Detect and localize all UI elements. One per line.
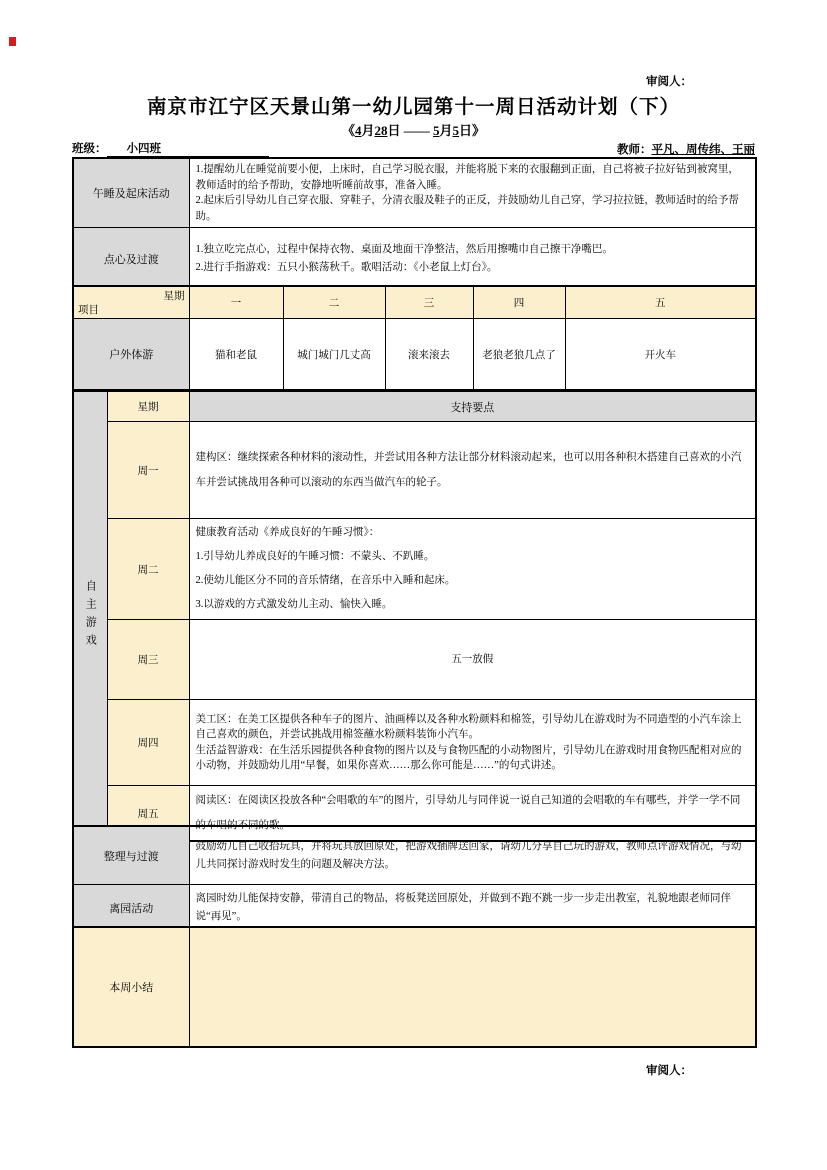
nap-row-content: 1.提醒幼儿在睡觉前要小便，上床时，自己学习脱衣服，并能将脱下来的衣服翻到正面，… bbox=[189, 158, 756, 228]
teacher-value: 平凡、周传纬、王丽 bbox=[652, 144, 756, 156]
tidy-row-content: 鼓励幼儿自己收拾玩具，并将玩具放回原处，把游戏插牌送回家，请幼儿分享自己玩的游戏… bbox=[189, 826, 756, 885]
date-open: 《 bbox=[342, 123, 355, 138]
date-dash: —— bbox=[401, 123, 434, 138]
day-header: 一 bbox=[189, 286, 283, 319]
play-side-label: 自主游戏 bbox=[73, 391, 107, 841]
leave-row-label: 离园活动 bbox=[73, 885, 189, 932]
outdoor-game: 城门城门几丈高 bbox=[283, 319, 385, 391]
play-row: 周二 健康教育活动《养成良好的午睡习惯》： 1.引导幼儿养成良好的午睡习惯：不蒙… bbox=[73, 519, 756, 620]
class-teacher-row: 班级：小四班 教师：平凡、周传纬、王丽 bbox=[72, 140, 755, 157]
summary-row-label: 本周小结 bbox=[73, 927, 189, 1047]
play-header-row: 自主游戏 星期 支持要点 bbox=[73, 391, 756, 422]
corner-week-label: 星期 bbox=[164, 288, 185, 303]
play-points-header: 支持要点 bbox=[189, 391, 756, 422]
table-row: 离园活动 离园时幼儿能保持安静，带清自己的物品，将板凳送回原处，并做到不跑不跳一… bbox=[73, 885, 756, 932]
class-label: 班级： bbox=[72, 143, 107, 155]
day-header: 四 bbox=[473, 286, 565, 319]
table-row: 午睡及起床活动 1.提醒幼儿在睡觉前要小便，上床时，自己学习脱衣服，并能将脱下来… bbox=[73, 158, 756, 228]
day-header: 二 bbox=[283, 286, 385, 319]
teacher-field: 教师：平凡、周传纬、王丽 bbox=[617, 141, 755, 157]
teacher-label: 教师： bbox=[617, 144, 652, 156]
play-row: 周三 五一放假 bbox=[73, 620, 756, 700]
summary-row-content bbox=[189, 927, 756, 1047]
snack-row-content: 1.独立吃完点心，过程中保持衣物、桌面及地面干净整洁，然后用擦嘴巾自己擦干净嘴巴… bbox=[189, 228, 756, 291]
outdoor-game: 开火车 bbox=[565, 319, 756, 391]
outdoor-games-row: 户外体游 猫和老鼠 城门城门几丈高 滚来滚去 老狼老狼几点了 开火车 bbox=[73, 319, 756, 391]
play-row: 周一 建构区：继续探索各种材料的滚动性，并尝试用各种方法让部分材料滚动起来，也可… bbox=[73, 422, 756, 519]
class-value: 小四班 bbox=[107, 140, 269, 157]
play-table: 自主游戏 星期 支持要点 周一 建构区：继续探索各种材料的滚动性，并尝试用各种方… bbox=[72, 390, 757, 842]
play-row: 周四 美工区：在美工区提供各种车子的图片、油画棒以及各种水粉颜料和棉签，引导幼儿… bbox=[73, 700, 756, 786]
play-row-label: 周四 bbox=[107, 700, 189, 786]
closing-table: 整理与过渡 鼓励幼儿自己收拾玩具，并将玩具放回原处，把游戏插牌送回家，请幼儿分享… bbox=[72, 825, 757, 932]
play-row-content: 五一放假 bbox=[189, 620, 756, 700]
day-header: 五 bbox=[565, 286, 756, 319]
reviewer-label-top: 审阅人： bbox=[646, 73, 692, 89]
play-row-content: 健康教育活动《养成良好的午睡习惯》： 1.引导幼儿养成良好的午睡习惯：不蒙头、不… bbox=[189, 519, 756, 620]
leave-row-content: 离园时幼儿能保持安静，带清自己的物品，将板凳送回原处，并做到不跑不跳一步一步走出… bbox=[189, 885, 756, 932]
snack-row-label: 点心及过渡 bbox=[73, 228, 189, 291]
outdoor-game: 老狼老狼几点了 bbox=[473, 319, 565, 391]
play-row-content: 美工区：在美工区提供各种车子的图片、油画棒以及各种水粉颜料和棉签，引导幼儿在游戏… bbox=[189, 700, 756, 786]
table-row: 点心及过渡 1.独立吃完点心，过程中保持衣物、桌面及地面干净整洁，然后用擦嘴巾自… bbox=[73, 228, 756, 291]
date-start-day: 28 bbox=[374, 123, 387, 138]
table-row: 本周小结 bbox=[73, 927, 756, 1047]
page-title: 南京市江宁区天景山第一幼儿园第十一周日活动计划（下） bbox=[0, 91, 827, 119]
table-row: 整理与过渡 鼓励幼儿自己收拾玩具，并将玩具放回原处，把游戏插牌送回家，请幼儿分享… bbox=[73, 826, 756, 885]
nap-row-label: 午睡及起床活动 bbox=[73, 158, 189, 228]
reviewer-label-bottom: 审阅人： bbox=[646, 1062, 692, 1078]
play-row-label: 周三 bbox=[107, 620, 189, 700]
play-row-label: 周二 bbox=[107, 519, 189, 620]
routine-table: 午睡及起床活动 1.提醒幼儿在睡觉前要小便，上床时，自己学习脱衣服，并能将脱下来… bbox=[72, 157, 757, 291]
play-row-content: 建构区：继续探索各种材料的滚动性，并尝试用各种方法让部分材料滚动起来，也可以用各… bbox=[189, 422, 756, 519]
page: 审阅人： 南京市江宁区天景山第一幼儿园第十一周日活动计划（下） 《4月28日 —… bbox=[0, 0, 827, 1170]
class-field: 班级：小四班 bbox=[72, 140, 269, 157]
summary-table: 本周小结 bbox=[72, 926, 757, 1048]
play-week-header: 星期 bbox=[107, 391, 189, 422]
outdoor-row-label: 户外体游 bbox=[73, 319, 189, 391]
outdoor-game: 滚来滚去 bbox=[385, 319, 473, 391]
outdoor-game: 猫和老鼠 bbox=[189, 319, 283, 391]
corner-item-label: 项目 bbox=[78, 302, 99, 317]
date-range: 《4月28日 —— 5月5日》 bbox=[0, 120, 827, 139]
corner-red-mark bbox=[9, 37, 16, 46]
play-row-label: 周一 bbox=[107, 422, 189, 519]
corner-cell: 星期 项目 bbox=[73, 286, 189, 319]
date-close: 》 bbox=[472, 123, 485, 138]
outdoor-table: 星期 项目 一 二 三 四 五 户外体游 猫和老鼠 城门城门几丈高 滚来滚去 老… bbox=[72, 285, 757, 391]
tidy-row-label: 整理与过渡 bbox=[73, 826, 189, 885]
weekday-header-row: 星期 项目 一 二 三 四 五 bbox=[73, 286, 756, 319]
day-header: 三 bbox=[385, 286, 473, 319]
